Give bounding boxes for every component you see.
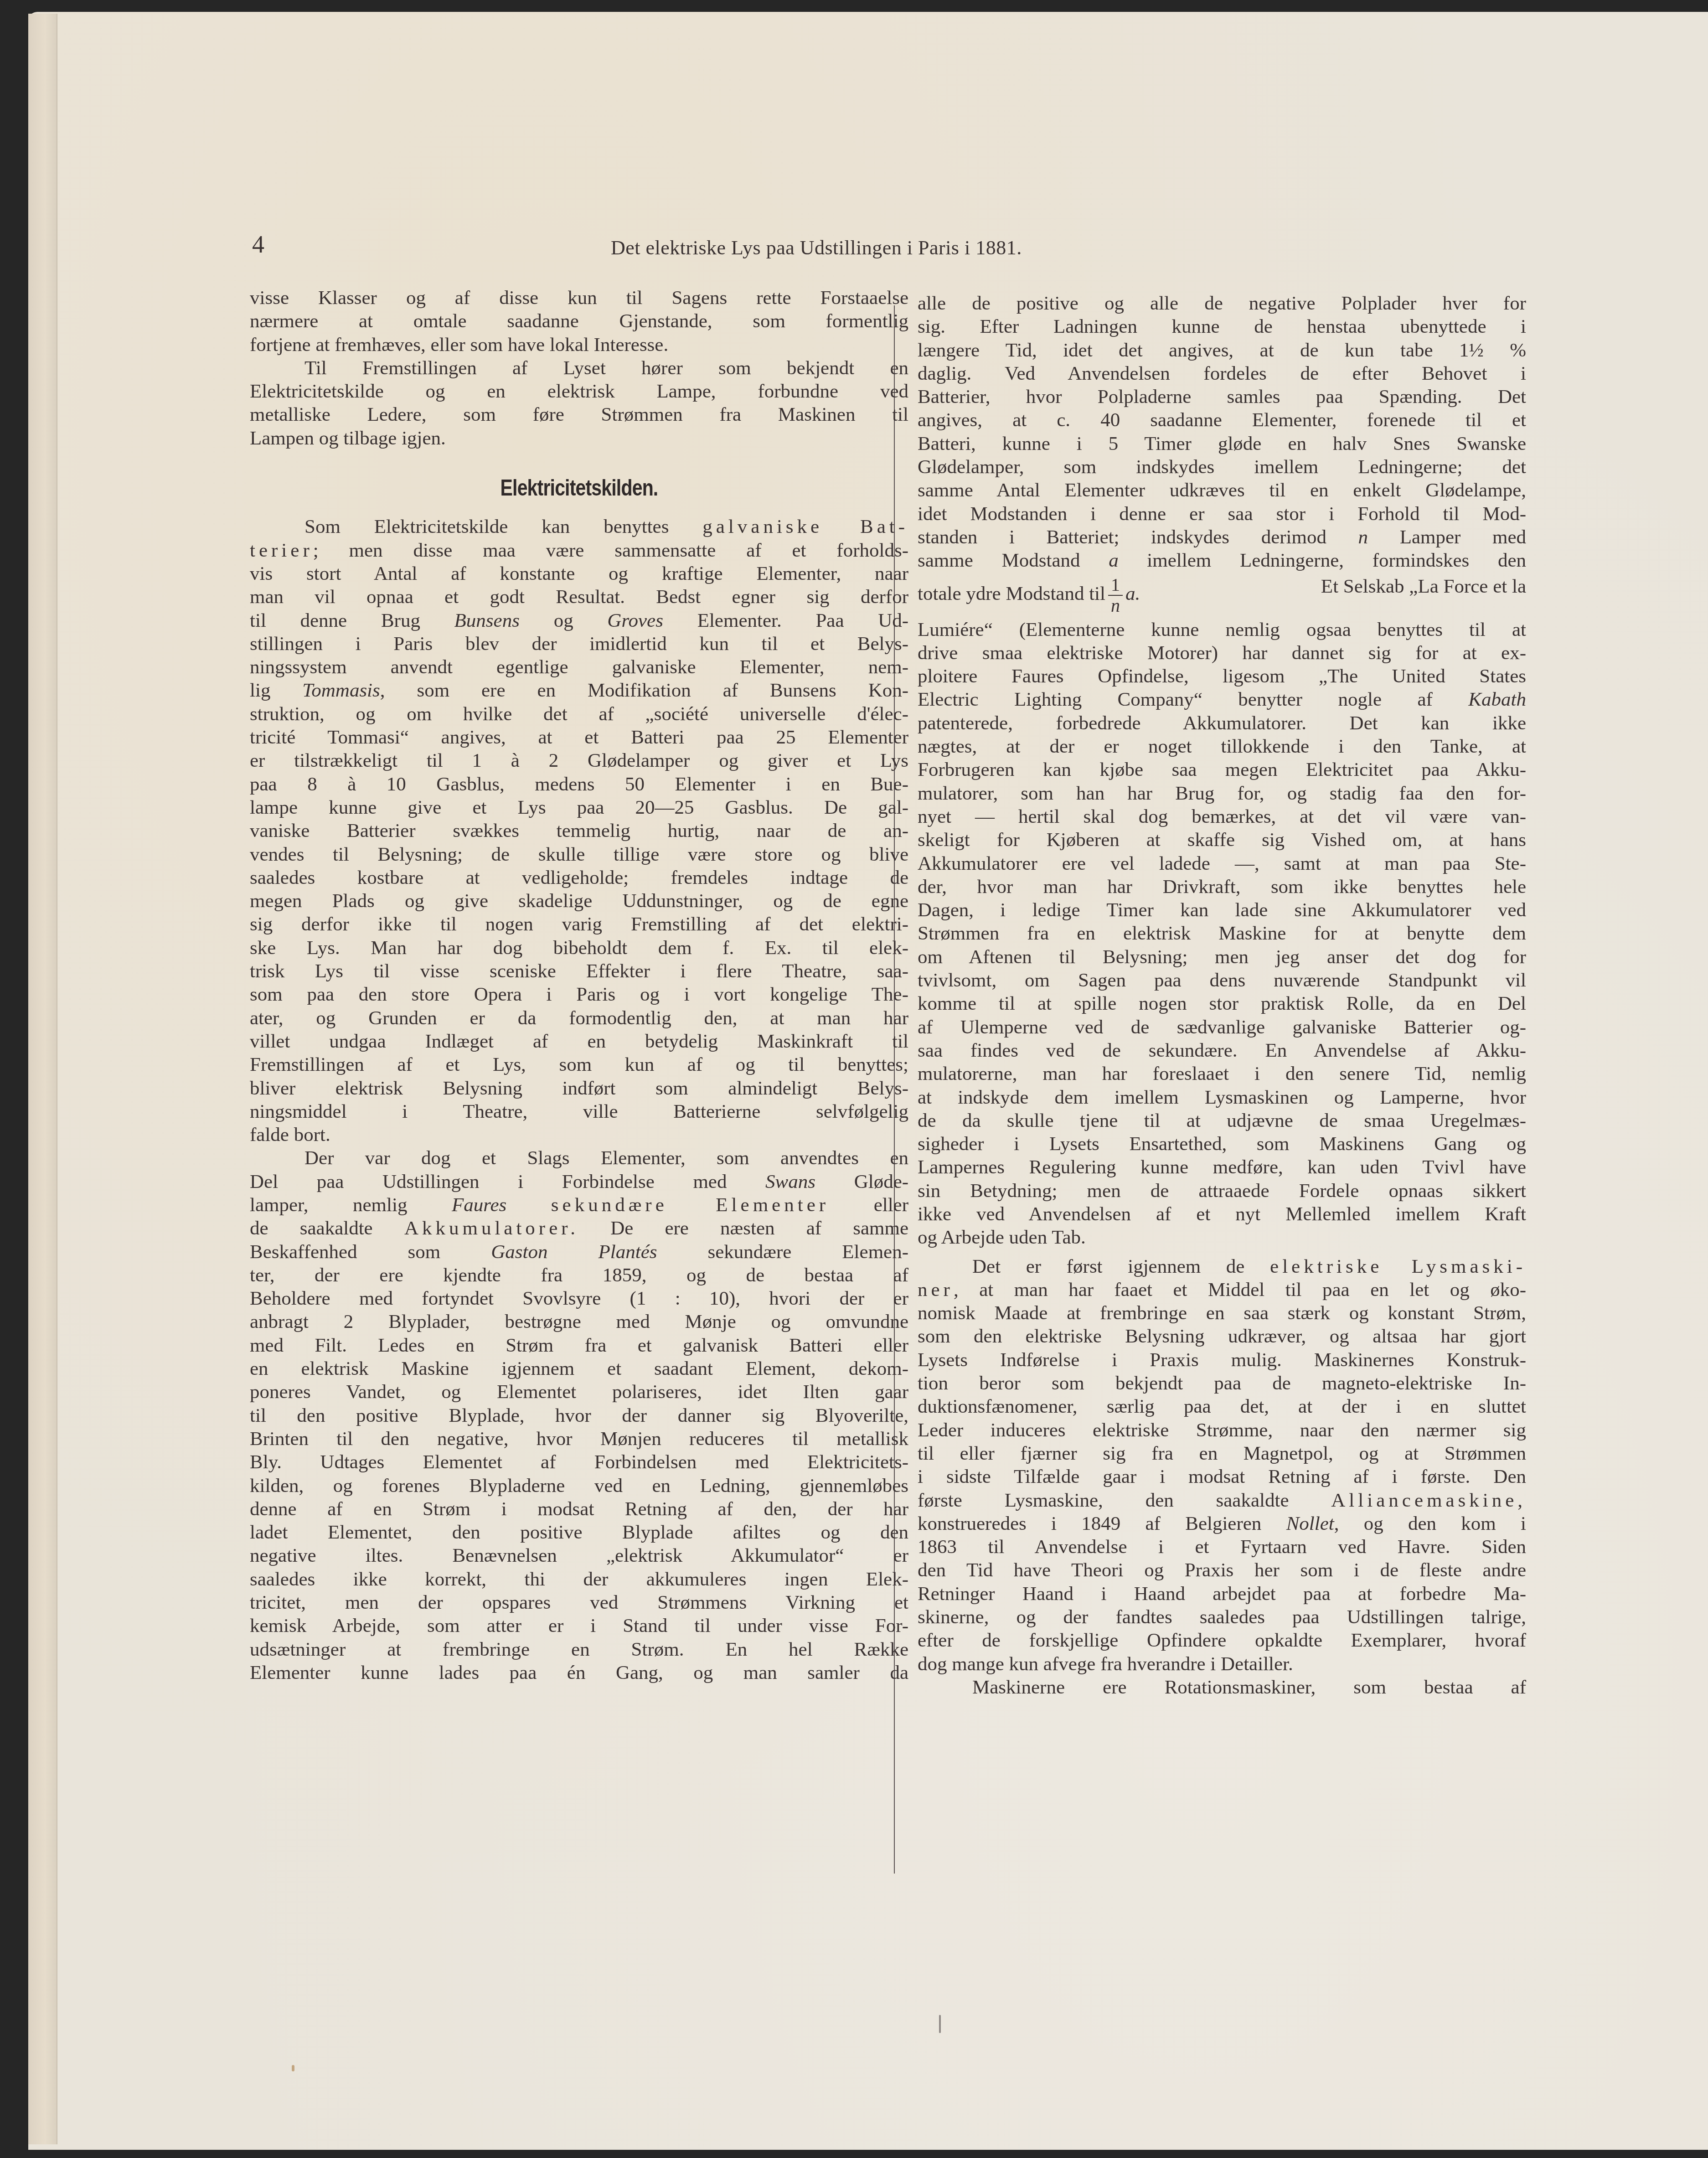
text-line: standen i Batteriet; indskydes derimod n… (918, 526, 1526, 549)
text-span: standen i Batteriet; indskydes derimod (918, 527, 1326, 548)
text-line: og Arbejde uden Tab. (918, 1226, 1526, 1249)
text-line: Lampernes Regulering kunne medføre, kan … (918, 1156, 1526, 1179)
text-line: sin Betydning; men de attraaede Fordele … (918, 1179, 1526, 1203)
text-line: skeligt for Kjøberen at skaffe sig Vishe… (918, 828, 1526, 852)
text-line: Bly. Udtages Elementet af Forbindelsen m… (250, 1451, 908, 1474)
text-line: 1863 til Anvendelse i et Fyrtaarn ved Ha… (918, 1535, 1526, 1559)
text-span: Del paa Udstillingen i Forbindelse med (250, 1171, 727, 1193)
text-span: til denne Brug (250, 610, 420, 631)
text-line: saaledes kostbare at vedligeholde; fremd… (250, 866, 908, 889)
text-line: til eller fjærner sig fra en Magnetpol, … (918, 1442, 1526, 1465)
text-line: paa 8 à 10 Gasblus, medens 50 Elementer … (250, 773, 908, 796)
text-line: trisk Lys til visse sceniske Effekter i … (250, 960, 908, 983)
paragraph: Der var dog et Slags Elementer, som anve… (250, 1146, 908, 1684)
text-span: Som Elektricitetskilde kan benyttes (304, 516, 669, 537)
text-line: duktionsfænomener, særlig paa det, at de… (918, 1395, 1526, 1418)
math-variable: n (1358, 527, 1368, 548)
text-span: De ere næsten af samme (610, 1218, 908, 1239)
text-span: , og den kom i (1334, 1513, 1526, 1534)
text-line: Forbrugeren kan kjøbe saa megen Elektric… (918, 758, 1526, 781)
text-line: kemisk Arbejde, som atter er i Stand til… (250, 1614, 908, 1637)
text-line: Elektricitetskilde og en elektrisk Lampe… (250, 380, 908, 403)
emphasis-spaced: elektriske Lysmaski- (1270, 1256, 1526, 1277)
text-line: mulatorer, som han har Brug for, og stad… (918, 782, 1526, 805)
text-line: som den elektriske Belysning udkræver, o… (918, 1325, 1526, 1348)
text-line: ter, der ere kjendte fra 1859, og de bes… (250, 1264, 908, 1287)
text-line: Lumiére“ (Elementerne kunne nemlig ogsaa… (918, 618, 1526, 641)
text-line: man vil opnaa et godt Resultat. Bedst eg… (250, 585, 908, 609)
text-line: lampe kunne give et Lys paa 20—25 Gasblu… (250, 796, 908, 819)
text-line: Beskaffenhed som Gaston Plantés sekundær… (250, 1240, 908, 1264)
text-span: Electric Lighting Company“ benytter nogl… (918, 689, 1433, 710)
text-line: Retninger Haand i Haand arbejdet paa at … (918, 1582, 1526, 1606)
text-span: , som ere en Modifikation af Bunsens Kon… (380, 680, 908, 701)
fraction: 1n (1108, 575, 1123, 616)
text-line: Der var dog et Slags Elementer, som anve… (250, 1146, 908, 1170)
text-line-with-fraction: totale ydre Modstand til1na. Et Selskab … (918, 573, 1526, 618)
text-line: ske Lys. Man har dog bibeholdt dem f. Ex… (250, 936, 908, 960)
paragraph: Maskinerne ere Rotationsmaskiner, som be… (918, 1676, 1526, 1699)
text-line: Elementer kunne lades paa én Gang, og ma… (250, 1661, 908, 1684)
emphasis-name: Faures (452, 1194, 506, 1216)
text-line: Brinten til den negative, hvor Mønjen re… (250, 1427, 908, 1451)
text-line: ner, at man har faaet et Middel til paa … (918, 1278, 1526, 1301)
text-line: til den positive Blyplade, hvor der dann… (250, 1404, 908, 1427)
text-line: mulatorerne, man har foreslaaet i den se… (918, 1062, 1526, 1085)
text-line: udsætninger at frembringe en Strøm. En h… (250, 1638, 908, 1661)
text-line: dog mange kun afvege fra hverandre i Det… (918, 1652, 1526, 1676)
text-line: stillingen i Paris blev der imidlertid k… (250, 632, 908, 656)
text-line: anbragt 2 Blyplader, bestrøgne med Mønje… (250, 1310, 908, 1333)
text-line: vis stort Antal af konstante og kraftige… (250, 562, 908, 585)
text-span: samme Modstand (918, 550, 1080, 571)
emphasis-name: Nollet (1286, 1513, 1334, 1534)
text-line: at indskyde dem imellem Lysmaskinen og L… (918, 1086, 1526, 1109)
text-line: saaledes ikke korrekt, thi der akkumuler… (250, 1568, 908, 1591)
text-line: Til Fremstillingen af Lyset hører som be… (250, 356, 908, 380)
text-line: metalliske Ledere, som føre Strømmen fra… (250, 403, 908, 426)
paragraph: Det er først igjennem de elektriske Lysm… (918, 1255, 1526, 1676)
text-line: tion beror som bekjendt paa de magneto-e… (918, 1372, 1526, 1395)
text-span: og (554, 610, 573, 631)
text-line: ningsmiddel i Theatre, ville Batterierne… (250, 1100, 908, 1123)
page-number: 4 (252, 230, 264, 258)
text-span: konstrueredes i 1849 af Belgieren (918, 1513, 1261, 1534)
text-span: imellem Ledningerne, formindskes den (1147, 550, 1526, 571)
text-line: Strømmen fra en elektrisk Maskine for at… (918, 922, 1526, 945)
paragraph: alle de positive og alle de negative Pol… (918, 292, 1526, 1249)
text-line: første Lysmaskine, den saakaldte Allianc… (918, 1489, 1526, 1512)
text-line: Det er først igjennem de elektriske Lysm… (918, 1255, 1526, 1278)
text-span: de saakaldte (250, 1218, 373, 1239)
text-line: Glødelamper, som indskydes imellem Ledni… (918, 455, 1526, 479)
section-heading: Elektricitetskilden. (309, 476, 849, 500)
text-line: Batteri, kunne i 5 Timer gløde en halv S… (918, 432, 1526, 455)
text-line: drive smaa elektriske Motorer) har danne… (918, 641, 1526, 665)
text-line: Dagen, i ledige Timer kan lade sine Akku… (918, 898, 1526, 922)
text-line: poneres Vandet, og Elementet polariseres… (250, 1380, 908, 1404)
text-line: megen Plads og give skadelige Uddunstnin… (250, 889, 908, 913)
text-line: ater, og Grunden er da formodentlig den,… (250, 1007, 908, 1030)
text-line: tvivlsomt, om Sagen paa dens nuværende S… (918, 969, 1526, 992)
text-span: Elementer. Paa Ud- (697, 610, 908, 631)
text-line: bliver elektrisk Belysning indført som a… (250, 1077, 908, 1100)
text-span: sekundære Elemen- (707, 1241, 908, 1263)
text-line: de saakaldte Akkumulatorer. De ere næste… (250, 1217, 908, 1240)
text-line: lamper, nemlig Faures sekundære Elemente… (250, 1193, 908, 1217)
text-line: struktion, og om hvilke det af „société … (250, 702, 908, 726)
text-line: om Aftenen til Belysning; men jeg anser … (918, 945, 1526, 969)
emphasis-spaced: sekundære Elementer (551, 1194, 829, 1216)
text-line: samme Antal Elementer udkræves til en en… (918, 479, 1526, 502)
page-binding-edge (28, 14, 57, 2144)
fraction-line-content: totale ydre Modstand til1na. Et Selskab … (918, 575, 1526, 616)
text-line: efter de forskjellige Opfindere opkaldte… (918, 1629, 1526, 1652)
text-line: lig Tommasis, som ere en Modifikation af… (250, 679, 908, 702)
text-line: saa findes ved de sekundære. En Anvendel… (918, 1039, 1526, 1062)
text-line: nyet — hertil skal dog bemærkes, at det … (918, 805, 1526, 828)
emphasis-name: Gaston Plantés (491, 1241, 657, 1263)
text-line: nærmere at omtale saadanne Gjenstande, s… (250, 310, 908, 333)
text-line: tricité Tommasi“ angives, at et Batteri … (250, 726, 908, 749)
text-line: konstrueredes i 1849 af Belgieren Nollet… (918, 1512, 1526, 1535)
text-line: ikke ved Anvendelsen af et nyt Mellemled… (918, 1203, 1526, 1226)
text-line: Leder induceres elektriske Strømme, naar… (918, 1419, 1526, 1442)
text-line: Lysets Indførelse i Praxis mulig. Maskin… (918, 1348, 1526, 1372)
text-line: fortjene at fremhæves, eller som have lo… (250, 333, 908, 356)
text-line: vaniske Batterier svækkes temmelig hurti… (250, 819, 908, 842)
text-line: Lampen og tilbage igjen. (250, 427, 908, 450)
emphasis-name: Kabath (1468, 689, 1526, 710)
text-line: vendes til Belysning; de skulle tillige … (250, 843, 908, 866)
paper-speck (939, 2015, 941, 2033)
running-head: Det elektriske Lys paa Udstillingen i Pa… (611, 236, 1158, 259)
math-variable: a. (1125, 583, 1140, 604)
text-line: Maskinerne ere Rotationsmaskiner, som be… (918, 1676, 1526, 1699)
text-line: med Filt. Ledes en Strøm fra et galvanis… (250, 1334, 908, 1357)
text-line: Akkumulatorer ere vel ladede —, samt at … (918, 852, 1526, 875)
text-span: Beskaffenhed som (250, 1241, 440, 1263)
text-span: Lamper med (1400, 527, 1526, 548)
text-line: visse Klasser og af disse kun til Sagens… (250, 286, 908, 310)
text-span: totale ydre Modstand til (918, 583, 1105, 604)
text-span: første Lysmaskine, den saakaldte (918, 1490, 1289, 1511)
text-line: terier; men disse maa være sammensatte a… (250, 539, 908, 562)
text-line: sigheder i Lysets Ensartethed, som Maski… (918, 1132, 1526, 1156)
text-span: lig (250, 680, 270, 701)
text-line: falde bort. (250, 1123, 908, 1146)
fraction-expression: totale ydre Modstand til1na. (918, 575, 1140, 616)
text-line: idet Modstanden i denne er saa stor i Fo… (918, 502, 1526, 526)
text-line: den Tid have Theori og Praxis her som i … (918, 1559, 1526, 1582)
emphasis-name: Bunsens (454, 610, 520, 631)
paragraph: Som Elektricitetskilde kan benyttes galv… (250, 515, 908, 1146)
text-line: er tilstrækkeligt til 1 à 2 Glødelamper … (250, 749, 908, 772)
math-variable: a (1109, 550, 1119, 571)
text-line: Batterier, hvor Polpladerne samles paa S… (918, 385, 1526, 408)
text-line: Fremstillingen af et Lys, som kun af og … (250, 1053, 908, 1076)
text-line: i sidste Tilfælde gaar i modsat Retning … (918, 1465, 1526, 1488)
emphasis-name: Tommasis (302, 680, 380, 701)
text-line: ploitere Faures Opfindelse, ligesom „The… (918, 665, 1526, 688)
text-line: komme til at spille nogen stor praktisk … (918, 992, 1526, 1015)
text-line: til denne Brug Bunsens og Groves Element… (250, 609, 908, 632)
text-line: patenterede, forbedrede Akkumulatorer. D… (918, 712, 1526, 735)
text-line: skinerne, og der fandtes saaledes paa Ud… (918, 1606, 1526, 1629)
text-line: denne af en Strøm i modsat Retning af de… (250, 1497, 908, 1521)
fraction-denominator: n (1111, 596, 1120, 616)
text-line: ladet Elementet, den positive Blyplade a… (250, 1521, 908, 1544)
text-line: tricitet, men der opspares ved Strømmens… (250, 1591, 908, 1614)
text-span: eller (874, 1194, 908, 1216)
right-column: alle de positive og alle de negative Pol… (918, 292, 1526, 1699)
text-line: negative iltes. Benævnelsen „elektrisk A… (250, 1544, 908, 1567)
text-line: Electric Lighting Company“ benytter nogl… (918, 688, 1526, 711)
text-line: kilden, og forenes Blypladerne ved en Le… (250, 1474, 908, 1497)
text-line: de da skulle tjene til at udjævne de sma… (918, 1109, 1526, 1132)
text-span: , at man har faaet et Middel til paa en … (954, 1279, 1526, 1301)
text-line: alle de positive og alle de negative Pol… (918, 292, 1526, 315)
text-span: lamper, nemlig (250, 1194, 407, 1216)
emphasis-name: Swans (765, 1171, 815, 1193)
text-line: Som Elektricitetskilde kan benyttes galv… (250, 515, 908, 538)
text-span: Et Selskab „La Force et la (1321, 575, 1526, 616)
text-line: Beholdere med fortyndet Svovlsyre (1 : 1… (250, 1287, 908, 1310)
text-line: der, hvor man har Drivkraft, som ikke be… (918, 875, 1526, 898)
text-line: samme Modstand a imellem Ledningerne, fo… (918, 549, 1526, 572)
text-span: Det er først igjennem de (972, 1256, 1244, 1277)
paragraph: Til Fremstillingen af Lyset hører som be… (250, 356, 908, 450)
emphasis-spaced: ner (918, 1279, 954, 1301)
text-line: villet undgaa Indlæget af en betydelig M… (250, 1030, 908, 1053)
text-line: længere Tid, idet det angives, at de kun… (918, 339, 1526, 362)
emphasis-spaced: Alliancemaskine, (1331, 1490, 1526, 1511)
text-line: nomisk Maade at frembringe en saa stærk … (918, 1301, 1526, 1325)
text-line: en elektrisk Maskine igjennem et saadant… (250, 1357, 908, 1380)
text-line: nægtes, at der er noget tillokkende i de… (918, 735, 1526, 758)
text-line: ningssystem anvendt egentlige galvaniske… (250, 656, 908, 679)
text-line: angives, at c. 40 saadanne Elementer, fo… (918, 408, 1526, 432)
paper-speck (292, 2065, 294, 2071)
fraction-numerator: 1 (1108, 575, 1123, 596)
emphasis-spaced: terier (250, 540, 313, 561)
emphasis-spaced: Akkumulatorer. (404, 1218, 579, 1239)
text-line: sig. Efter Ladningen kunne de henstaa ub… (918, 315, 1526, 338)
emphasis-spaced: galvaniske Bat- (702, 516, 908, 537)
text-span: ; men disse maa være sammensatte af et f… (313, 540, 908, 561)
text-line: som paa den store Opera i Paris og i vor… (250, 983, 908, 1006)
text-line: daglig. Ved Anvendelsen fordeles de efte… (918, 362, 1526, 385)
left-column: visse Klasser og af disse kun til Sagens… (250, 286, 908, 1684)
text-line: af Ulemperne ved de sædvanlige galvanisk… (918, 1016, 1526, 1039)
text-line: Del paa Udstillingen i Forbindelse med S… (250, 1170, 908, 1193)
text-line: sig derfor ikke til nogen varig Fremstil… (250, 913, 908, 936)
emphasis-name: Groves (607, 610, 663, 631)
paragraph: visse Klasser og af disse kun til Sagens… (250, 286, 908, 356)
text-span: Gløde- (854, 1171, 908, 1193)
